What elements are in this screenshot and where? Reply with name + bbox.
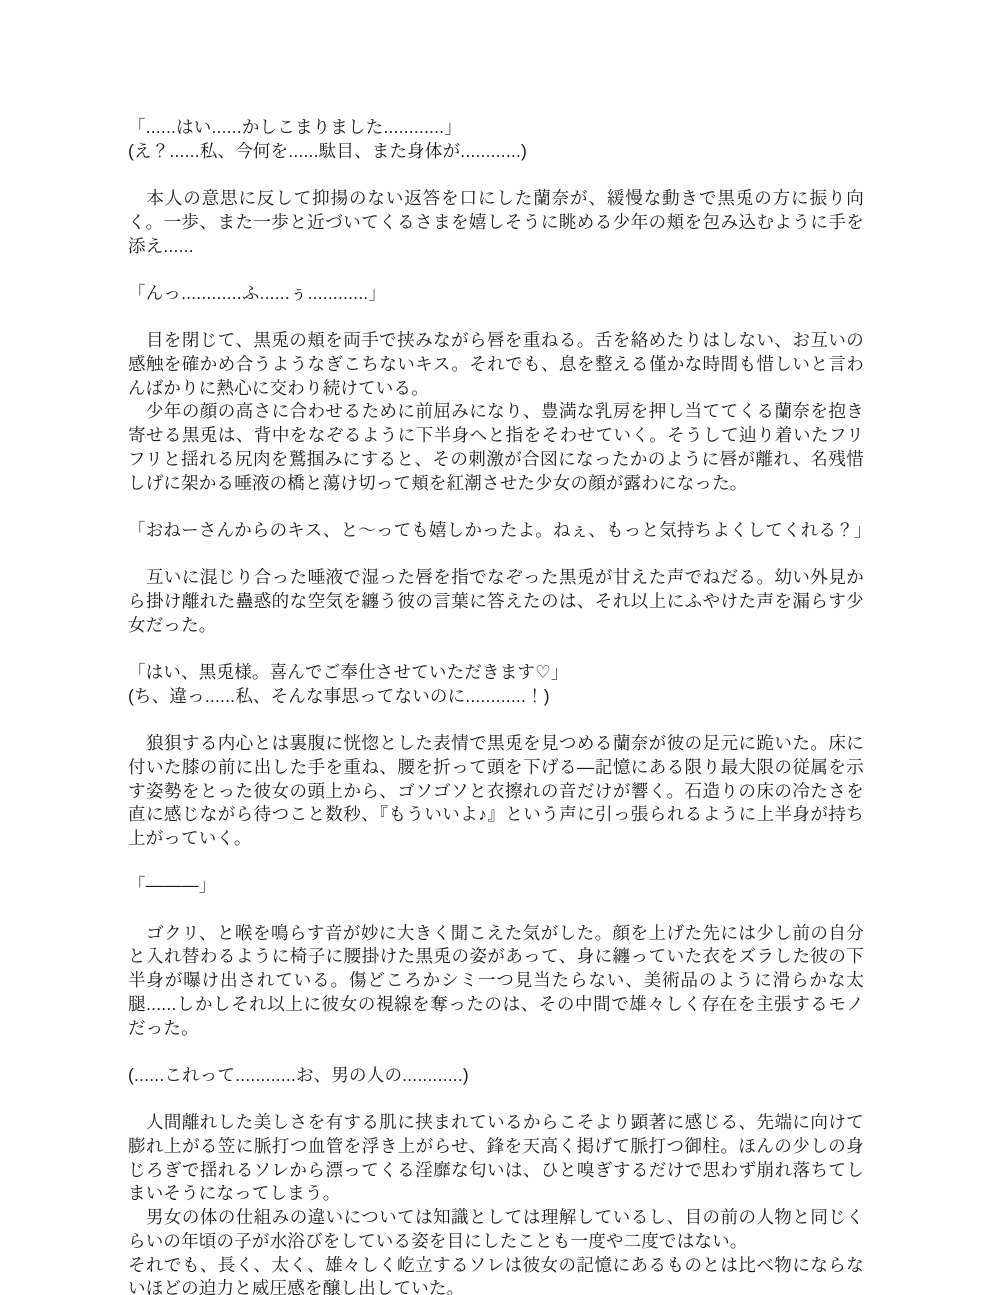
narration-paragraph-8: 男女の体の仕組みの違いについては知識としては理解しているし、目の前の人物と同じく… (128, 1206, 864, 1253)
narration-paragraph-9: それでも、長く、太く、雄々しく屹立するソレは彼女の記憶にあるものとは比べ物になら… (128, 1254, 864, 1295)
narration-paragraph-6: ゴクリ、と喉を鳴らす音が妙に大きく聞こえた気がした。顔を上げた先には少し前の自分… (128, 922, 864, 1041)
novel-text-page: 「......はい......かしこまりました............」 (え？… (0, 0, 1000, 1295)
narration-paragraph-7: 人間離れした美しさを有する肌に挟まれているからこそより顕著に感じる、先端に向けて… (128, 1111, 864, 1206)
dialogue-line-2: 「んっ............ふ......ぅ............」 (128, 282, 864, 306)
dialogue-line-4: 「はい、黒兎様。喜んでご奉仕させていただきます♡」 (128, 661, 864, 685)
narration-paragraph-3: 少年の顔の高さに合わせるために前屈みになり、豊満な乳房を押し当ててくる蘭奈を抱き… (128, 400, 864, 495)
inner-thought-3: (......これって............お、男の人の...........… (128, 1064, 864, 1088)
dialogue-line-5: 「―――」 (128, 874, 864, 898)
narration-paragraph-1: 本人の意思に反して抑揚のない返答を口にした蘭奈が、緩慢な動きで黒兎の方に振り向く… (128, 187, 864, 258)
dialogue-line-1: 「......はい......かしこまりました............」 (128, 116, 864, 140)
narration-paragraph-2: 目を閉じて、黒兎の頬を両手で挟みながら唇を重ねる。舌を絡めたりはしない、お互いの… (128, 329, 864, 400)
narration-paragraph-4: 互いに混じり合った唾液で湿った唇を指でなぞった黒兎が甘えた声でねだる。幼い外見か… (128, 566, 864, 637)
dialogue-line-3: 「おねーさんからのキス、と〜っても嬉しかったよ。ねぇ、もっと気持ちよくしてくれる… (128, 519, 864, 543)
inner-thought-2: (ち、違っ......私、そんな事思ってないのに............！) (128, 685, 864, 709)
inner-thought-1: (え？......私、今何を......駄目、また身体が............… (128, 140, 864, 164)
narration-paragraph-5: 狼狽する内心とは裏腹に恍惚とした表情で黒兎を見つめる蘭奈が彼の足元に跪いた。床に… (128, 732, 864, 851)
text-body: 「......はい......かしこまりました............」 (え？… (128, 116, 864, 1295)
